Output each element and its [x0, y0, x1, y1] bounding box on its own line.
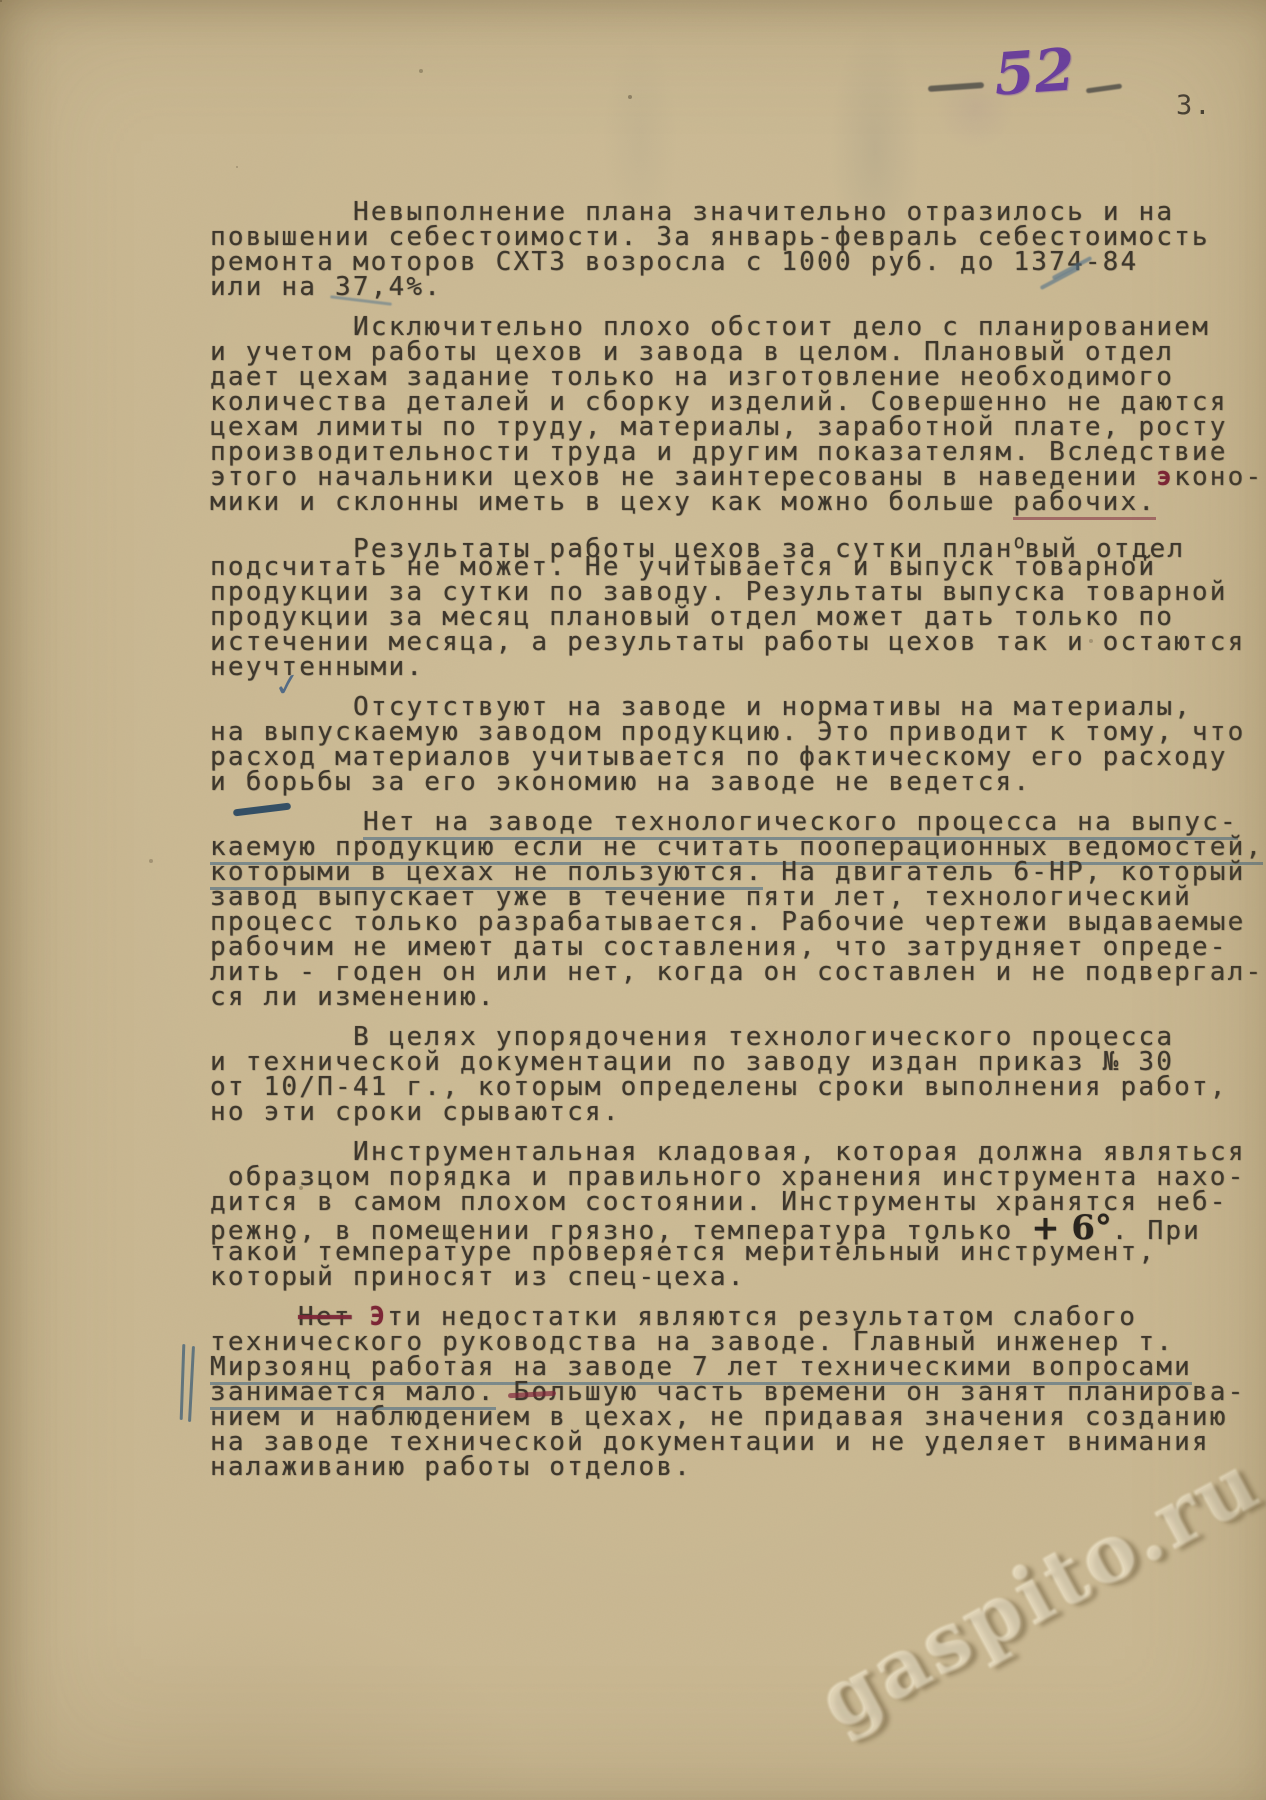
text-line: но эти сроки срываются. — [210, 1100, 1258, 1125]
text-line: неучтенными. — [210, 655, 1258, 680]
text-line: ся ли изменению. — [210, 985, 1258, 1010]
paragraph: Инструментальная кладовая, которая должн… — [210, 1140, 1258, 1290]
pencil-margin-bar — [188, 1346, 195, 1422]
paragraph: Отсутствуют на заводе и нормативы на мат… — [210, 695, 1258, 795]
paragraph: Результаты работы цехов за сутки плановы… — [210, 530, 1258, 680]
paragraph: В целях упорядочения технологического пр… — [210, 1025, 1258, 1125]
text-line: или на 37,4%. — [210, 275, 1258, 300]
pencil-dash-right — [1086, 84, 1122, 94]
pencil-margin-bar — [180, 1344, 186, 1420]
typed-page-number: 3. — [1176, 90, 1213, 121]
handwritten-page-number: 52 — [992, 35, 1077, 108]
paragraph: Невыполнение плана значительно отразилос… — [210, 200, 1258, 300]
paragraph: Нет Эти недостатки являются результатом … — [210, 1305, 1258, 1480]
text-line: налаживанию работы отделов. — [210, 1455, 1258, 1480]
text-body: Невыполнение плана значительно отразилос… — [210, 200, 1258, 1495]
text-line: и борьбы за его экономию на заводе не ве… — [210, 770, 1258, 795]
text-line: который приносят из спец-цеха. — [210, 1265, 1258, 1290]
pencil-dash-left — [928, 82, 984, 92]
paper-specks — [0, 0, 2, 2]
text-line: мики и склонны иметь в цеху как можно бо… — [210, 490, 1258, 515]
paragraph: Нет на заводе технологического процесса … — [210, 810, 1258, 1010]
paragraph: Исключительно плохо обстоит дело с плани… — [210, 315, 1258, 515]
document-page: 52 3. Невыполнение плана значительно отр… — [0, 0, 1266, 1800]
